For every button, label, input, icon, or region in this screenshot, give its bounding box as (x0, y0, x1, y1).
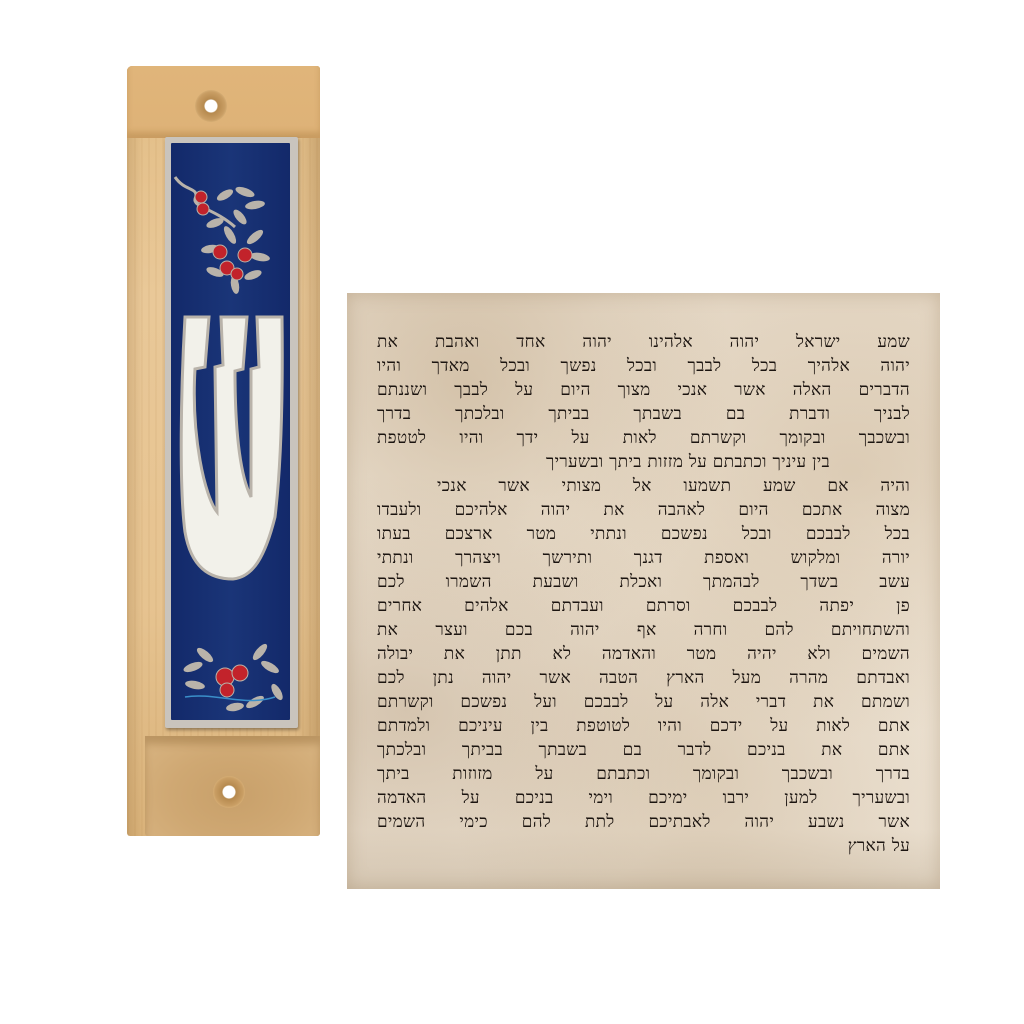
parchment-line: ואבדתם מהרה מעל הארץ הטבה אשר יהוה נתן ל… (377, 666, 910, 690)
parchment-line: והשתחויתם להם וחרה אף יהוה בכם ועצר את (377, 618, 910, 642)
parchment-line: אתם את בניכם לדבר בם בשבתך בביתך ובלכתך (377, 738, 910, 762)
parchment-line: מצוה אתכם היום לאהבה את יהוה אלהיכם ולעב… (377, 498, 910, 522)
parchment-line: הדברים האלה אשר אנכי מצוך היום על לבבך ו… (377, 378, 910, 402)
parchment-line: עשב בשדך לבהמתך ואכלת ושבעת השמרו לכם (377, 570, 910, 594)
parchment-line: השמים ולא יהיה מטר והאדמה לא תתן את יבול… (377, 642, 910, 666)
enamel-plate (165, 137, 298, 728)
bottom-screw-hole (213, 776, 245, 808)
parchment-line: פן יפתה לבבכם וסרתם ועבדתם אלהים אחרים (377, 594, 910, 618)
parchment-line: על הארץ (377, 834, 910, 858)
parchment-line: יורה ומלקוש ואספת דגנך ותירשך ויצהרך ונת… (377, 546, 910, 570)
parchment-line: ושמתם את דברי אלה על לבבכם ועל נפשכם וקש… (377, 690, 910, 714)
parchment-line: לבניך ודברת בם בשבתך בביתך ובלכתך בדרך (377, 402, 910, 426)
mezuzah-parchment: שמע ישראל יהוה אלהינו יהוה אחד ואהבת את … (347, 293, 940, 889)
mezuzah-case (127, 66, 320, 836)
parchment-line: אשר נשבע יהוה לאבתיכם לתת להם כימי השמים (377, 810, 910, 834)
parchment-line: בדרך ובשכבך ובקומך וכתבתם על מזוזות ביתך (377, 762, 910, 786)
parchment-line: אתם לאות על ידכם והיו לטוטפת בין עיניכם … (377, 714, 910, 738)
parchment-line: בכל לבבכם ובכל נפשכם ונתתי מטר ארצכם בעת… (377, 522, 910, 546)
parchment-line: ובשעריך למען ירבו ימיכם וימי בניכם על הא… (377, 786, 910, 810)
parchment-line: יהוה אלהיך בכל לבבך ובכל נפשך ובכל מאדך … (377, 354, 910, 378)
parchment-text: שמע ישראל יהוה אלהינו יהוה אחד ואהבת את … (377, 330, 910, 858)
parchment-line: והיה אם שמע תשמעו אל מצותי אשר אנכי (377, 474, 910, 498)
parchment-line: בין עיניך וכתבתם על מזזות ביתך ובשעריך (377, 450, 910, 474)
parchment-line: ובשכבך ובקומך וקשרתם לאות על ידך והיו לט… (377, 426, 910, 450)
parchment-line: שמע ישראל יהוה אלהינו יהוה אחד ואהבת את (377, 330, 910, 354)
top-screw-hole (195, 90, 227, 122)
shin-letter-icon (165, 137, 298, 728)
